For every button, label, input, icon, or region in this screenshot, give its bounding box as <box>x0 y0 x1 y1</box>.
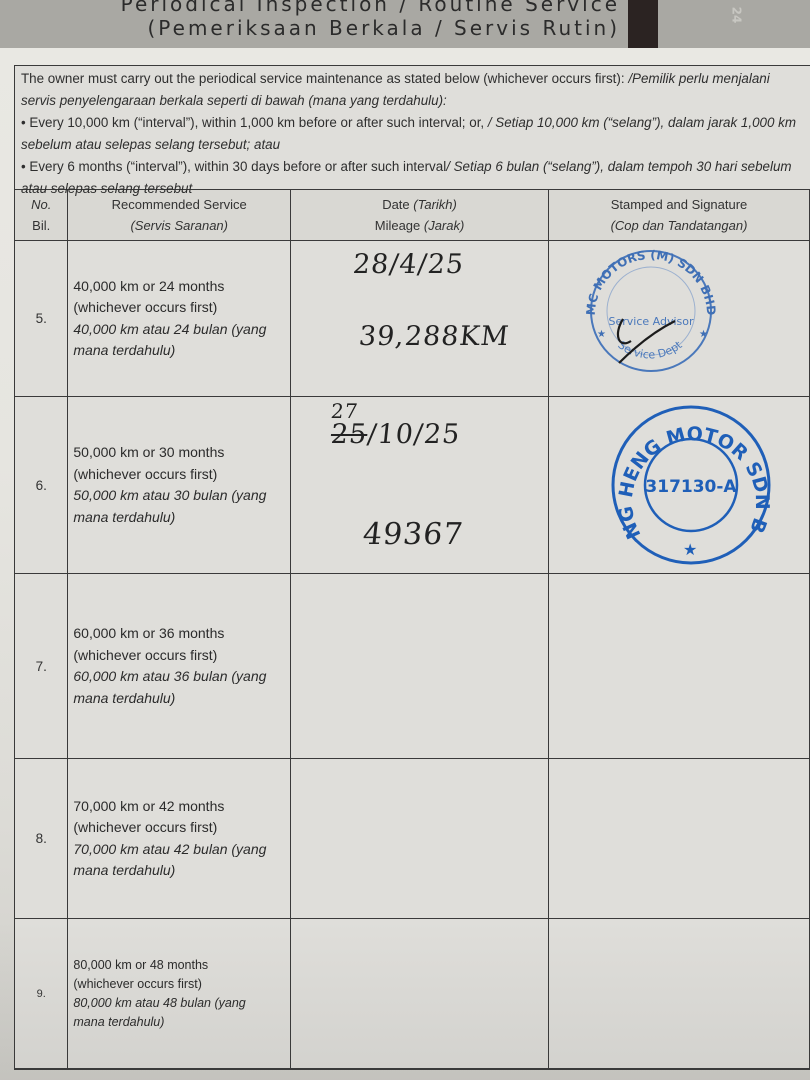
service-en-1: 70,000 km or 42 months <box>73 798 224 814</box>
date-mileage-cell: 28/4/25 39,288KM <box>291 241 549 397</box>
stamp-company-text: MING HENG MOTOR SDN BHD <box>609 403 773 542</box>
stamp-cell: MC MOTORS (M) SDN BHD Service Advisor Se… <box>549 241 810 397</box>
stamp-star-icon: ★ <box>699 329 708 340</box>
header-no-ms: Bil. <box>32 218 50 233</box>
service-en-2: (whichever occurs first) <box>73 819 217 835</box>
service-ms-1: 80,000 km atau 48 bulan (yang <box>73 996 245 1010</box>
date-mileage-cell <box>291 919 549 1069</box>
service-en-2: (whichever occurs first) <box>73 647 217 663</box>
row-number: 6. <box>15 397 68 574</box>
header-stamp: Stamped and Signature (Cop dan Tandatang… <box>549 190 810 241</box>
service-en-1: 50,000 km or 30 months <box>73 444 224 460</box>
bullet-months-en: • Every 6 months (“interval”), within 30… <box>21 159 446 174</box>
service-en-1: 40,000 km or 24 months <box>73 278 224 294</box>
table-row: 7. 60,000 km or 36 months (whichever occ… <box>15 574 810 759</box>
recommended-service: 80,000 km or 48 months (whichever occurs… <box>68 919 291 1069</box>
table-row: 9. 80,000 km or 48 months (whichever occ… <box>15 919 810 1069</box>
bullet-km-en: • Every 10,000 km (“interval”), within 1… <box>21 115 488 130</box>
header-mileage-ms: (Jarak) <box>424 218 464 233</box>
header-stamp-en: Stamped and Signature <box>611 197 748 212</box>
service-en-1: 80,000 km or 48 months <box>73 958 208 972</box>
header-date-ms: (Tarikh) <box>413 197 457 212</box>
stamp-star-icon: ★ <box>597 329 606 340</box>
service-record-form: The owner must carry out the periodical … <box>14 65 810 1070</box>
dealer-stamp-mc-motors: MC MOTORS (M) SDN BHD Service Advisor Se… <box>579 245 719 375</box>
service-ms-2: mana terdahulu) <box>73 690 175 706</box>
service-ms-2: mana terdahulu) <box>73 509 175 525</box>
service-en-1: 60,000 km or 36 months <box>73 625 224 641</box>
svg-text:MING HENG MOTOR SDN BHD: MING HENG MOTOR SDN BHD <box>609 403 773 542</box>
handwritten-mileage: 49367 <box>361 517 465 552</box>
table-row: 5. 40,000 km or 24 months (whichever occ… <box>15 241 810 397</box>
stamp-bottom-text: Service Dept <box>615 338 685 361</box>
struck-day: 25 <box>329 419 369 450</box>
stamp-cell: MING HENG MOTOR SDN BHD 317130-A ★ <box>549 397 810 574</box>
header-stamp-ms: (Cop dan Tandatangan) <box>611 218 748 233</box>
recommended-service: 50,000 km or 30 months (whichever occurs… <box>68 397 291 574</box>
row-number: 9. <box>15 919 68 1069</box>
service-en-2: (whichever occurs first) <box>73 466 217 482</box>
recommended-service: 70,000 km or 42 months (whichever occurs… <box>68 759 291 919</box>
header-no-en: No. <box>31 197 51 212</box>
row-number: 7. <box>15 574 68 759</box>
recommended-service: 60,000 km or 36 months (whichever occurs… <box>68 574 291 759</box>
service-ms-2: mana terdahulu) <box>73 862 175 878</box>
date-mileage-cell: 27 25/10/25 49367 <box>291 397 549 574</box>
stamp-cell <box>549 919 810 1069</box>
svg-text:Service Dept: Service Dept <box>615 338 685 361</box>
date-mileage-cell <box>291 574 549 759</box>
service-en-2: (whichever occurs first) <box>73 977 202 991</box>
intro-instructions: The owner must carry out the periodical … <box>15 66 810 190</box>
date-mileage-cell <box>291 759 549 919</box>
table-row: 6. 50,000 km or 30 months (whichever occ… <box>15 397 810 574</box>
stamp-company-text: MC MOTORS (M) SDN BHD <box>584 248 718 316</box>
service-ms-2: mana terdahulu) <box>73 342 175 358</box>
table-row: 8. 70,000 km or 42 months (whichever occ… <box>15 759 810 919</box>
page-title: Periodical Inspection / Routine Service … <box>121 0 620 40</box>
title-malay: (Pemeriksaan Berkala / Servis Rutin) <box>121 16 620 40</box>
date-rest: /10/25 <box>366 419 462 450</box>
stamp-registration-text: 317130-A <box>645 477 737 497</box>
dealer-stamp-ming-heng: MING HENG MOTOR SDN BHD 317130-A ★ <box>609 403 774 568</box>
stamp-cell <box>549 759 810 919</box>
header-mileage-en: Mileage <box>375 218 424 233</box>
table-header-row: No. Bil. Recommended Service (Servis Sar… <box>15 190 810 241</box>
section-tab-marker <box>628 0 658 50</box>
service-ms-2: mana terdahulu) <box>73 1015 164 1029</box>
service-ms-1: 40,000 km atau 24 bulan (yang <box>73 321 266 337</box>
service-ms-1: 70,000 km atau 42 bulan (yang <box>73 841 266 857</box>
page-number: 24 <box>729 7 743 24</box>
service-en-2: (whichever occurs first) <box>73 299 217 315</box>
row-number: 8. <box>15 759 68 919</box>
header-service-ms: (Servis Saranan) <box>130 218 228 233</box>
header-date-en: Date <box>382 197 413 212</box>
header-service-en: Recommended Service <box>112 197 247 212</box>
header-band: Periodical Inspection / Routine Service … <box>0 0 810 48</box>
svg-text:MC MOTORS (M) SDN BHD: MC MOTORS (M) SDN BHD <box>584 248 718 316</box>
handwritten-date: 28/4/25 <box>351 249 465 280</box>
service-table: No. Bil. Recommended Service (Servis Sar… <box>15 190 810 1069</box>
stamp-cell <box>549 574 810 759</box>
handwritten-date: 25/10/25 <box>329 419 462 450</box>
stamp-star-icon: ★ <box>683 542 697 559</box>
handwritten-mileage: 39,288KM <box>357 321 511 352</box>
header-date-mileage: Date (Tarikh) Mileage (Jarak) <box>291 190 549 241</box>
row-number: 5. <box>15 241 68 397</box>
title-english: Periodical Inspection / Routine Service <box>121 0 620 16</box>
recommended-service: 40,000 km or 24 months (whichever occurs… <box>68 241 291 397</box>
service-ms-1: 60,000 km atau 36 bulan (yang <box>73 668 266 684</box>
intro-en: The owner must carry out the periodical … <box>21 71 628 86</box>
service-ms-1: 50,000 km atau 30 bulan (yang <box>73 487 266 503</box>
